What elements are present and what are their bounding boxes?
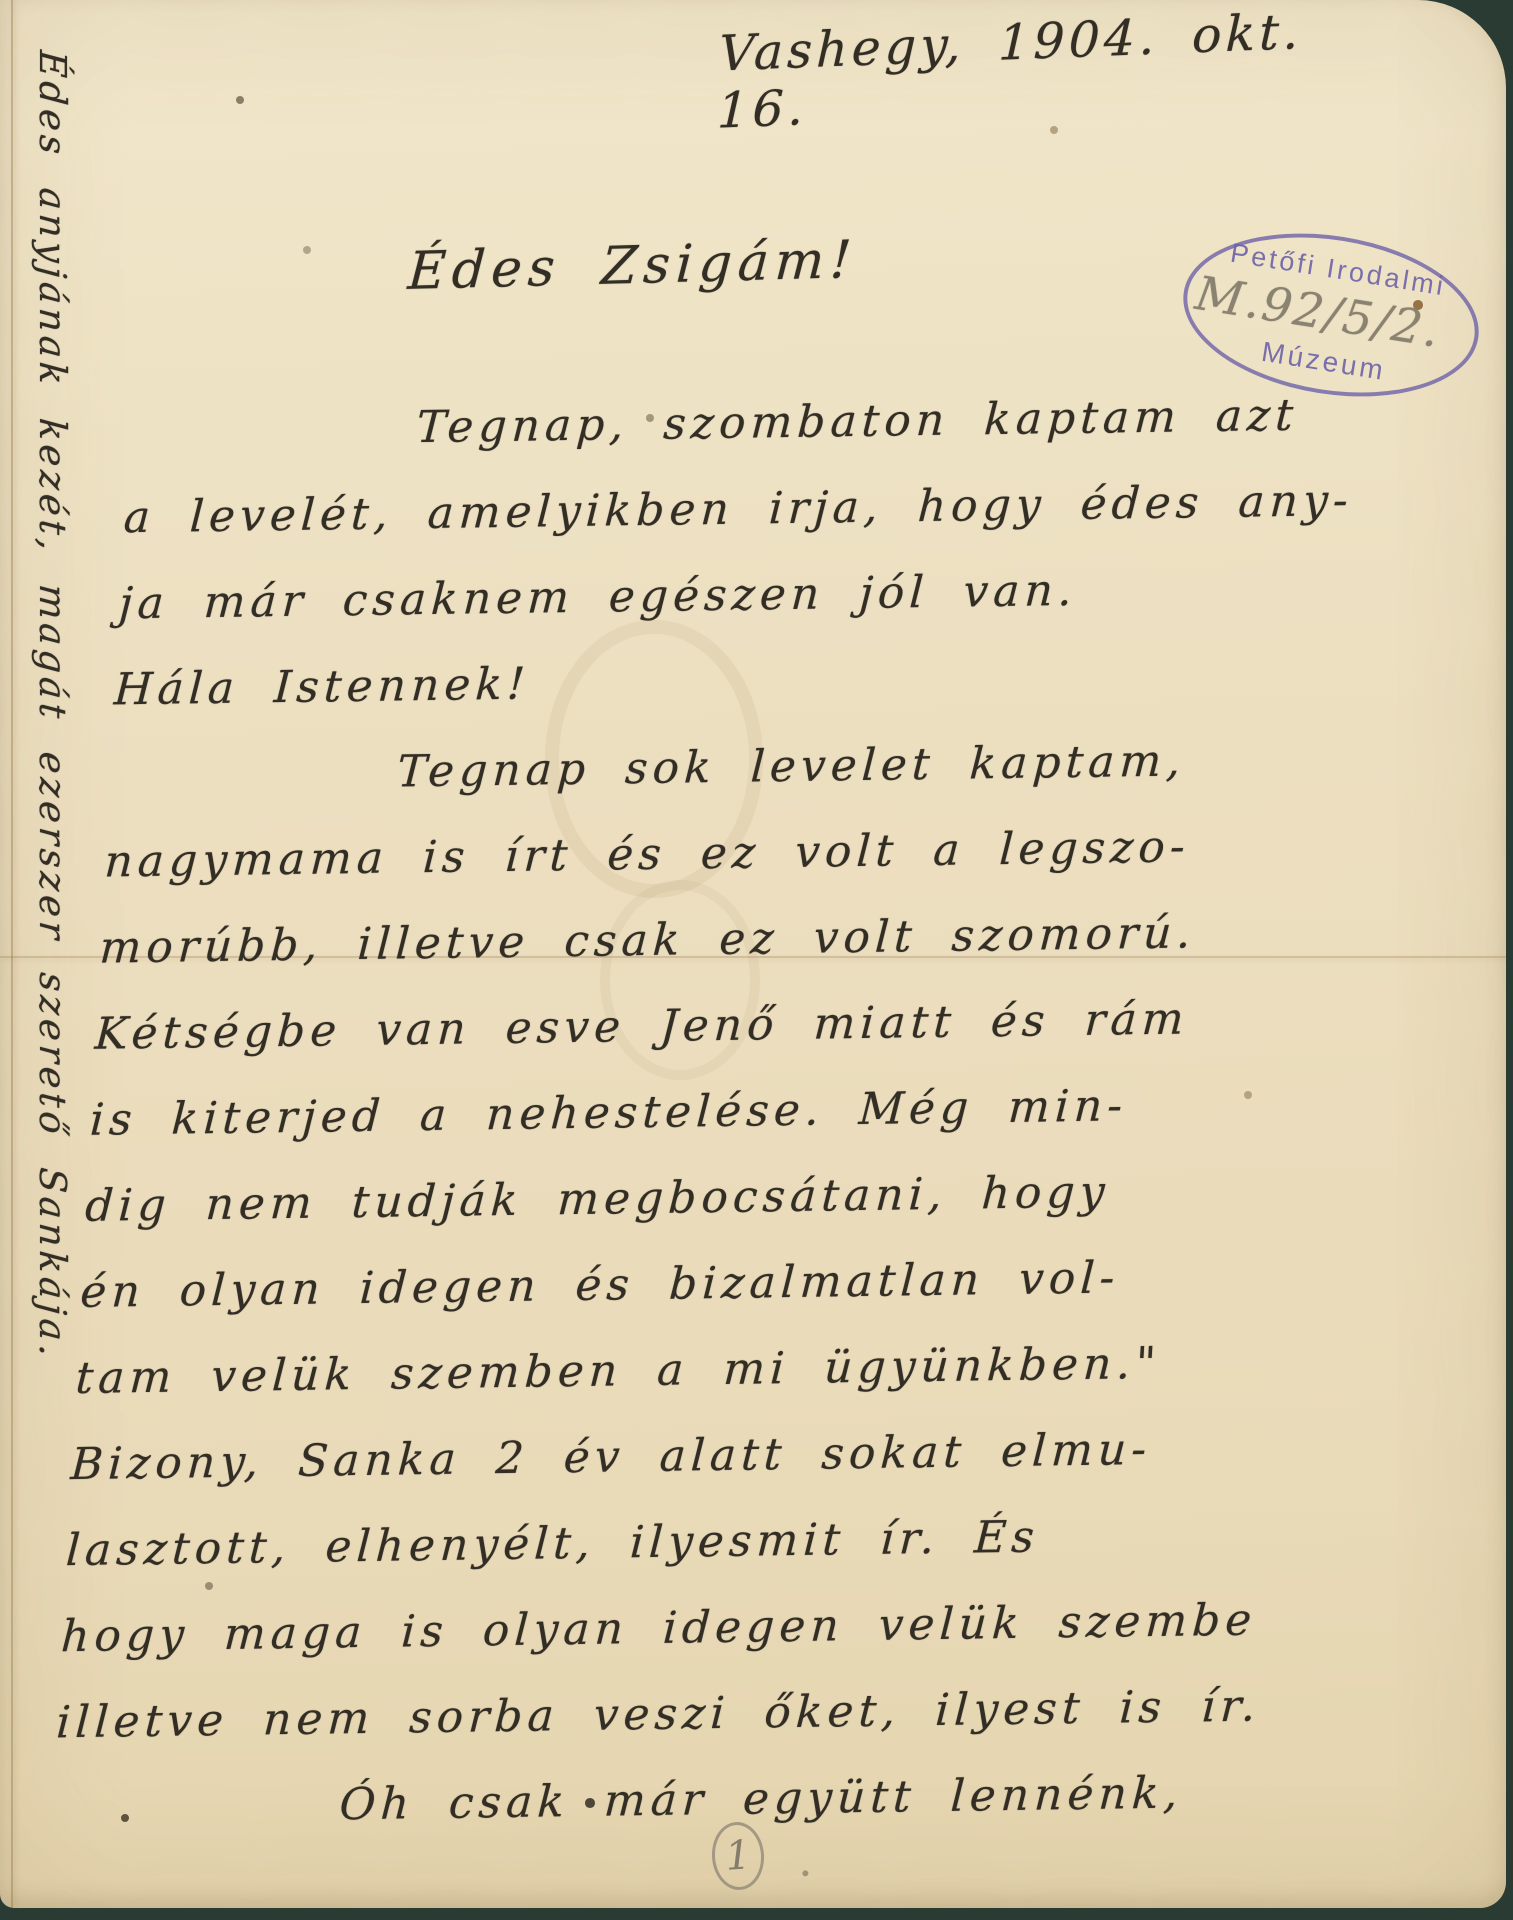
photo-background: Vashegy, 1904. okt. 16. Petőfi Irodalmi … [0, 0, 1513, 1920]
left-fold-line [11, 0, 13, 1908]
dateline: Vashegy, 1904. okt. 16. [716, 2, 1319, 139]
margin-note: Édes anyjának kezét, magát ezerszer szer… [31, 49, 74, 1322]
letter-body: Tegnap, szombaton kaptam azta levelét, a… [49, 370, 1513, 1853]
salutation: Édes Zsigám! [406, 230, 859, 302]
letter-page: Vashegy, 1904. okt. 16. Petőfi Irodalmi … [0, 0, 1506, 1908]
page-number: 1 [724, 1832, 753, 1880]
paper-specks [0, 0, 4, 4]
